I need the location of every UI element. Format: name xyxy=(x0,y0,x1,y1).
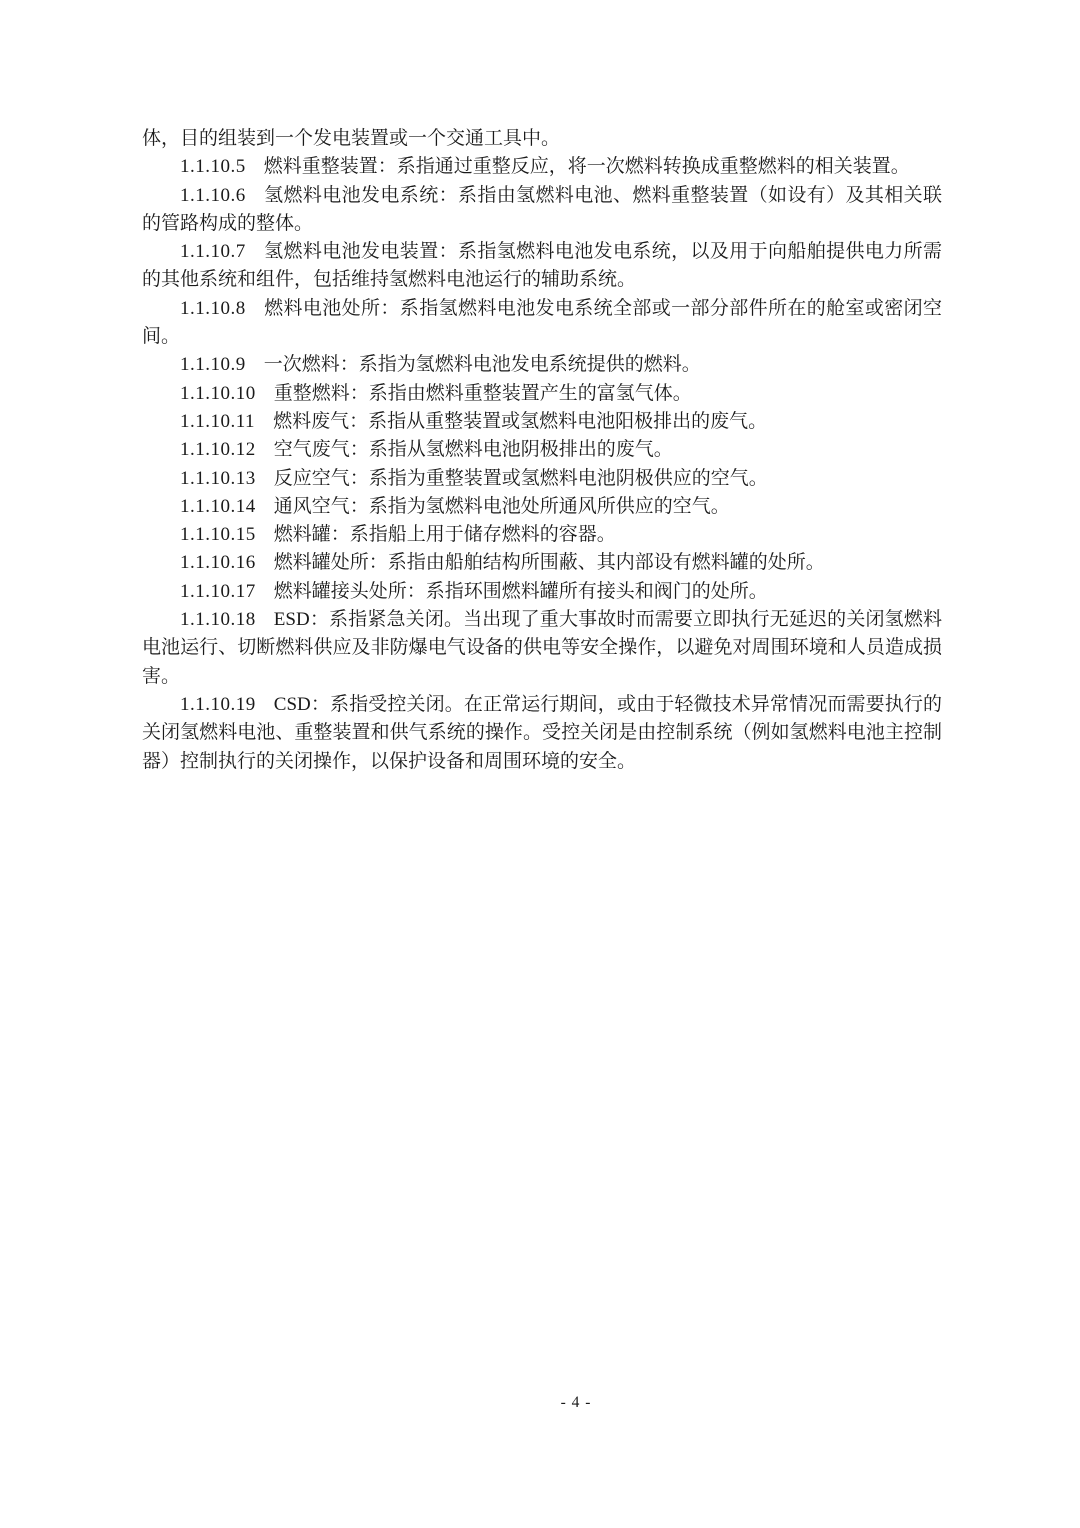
paragraph-continuation: 体，目的组装到一个发电装置或一个交通工具中。 xyxy=(142,125,942,153)
clause-text: 氢燃料电池发电系统：系指由氢燃料电池、燃料重整装置（如设有）及其相关联的管路构成… xyxy=(142,185,942,234)
clause-number: 1.1.10.18 xyxy=(180,609,256,630)
clause-number: 1.1.10.14 xyxy=(180,496,256,517)
page-number: - 4 - xyxy=(561,1394,592,1412)
clause-text: 体，目的组装到一个发电装置或一个交通工具中。 xyxy=(142,128,560,149)
document-page: 体，目的组装到一个发电装置或一个交通工具中。 1.1.10.5燃料重整装置：系指… xyxy=(0,0,1080,1528)
clause-text: 燃料罐接头处所：系指环围燃料罐所有接头和阀门的处所。 xyxy=(274,581,768,602)
paragraph-clause: 1.1.10.18ESD：系指紧急关闭。当出现了重大事故时而需要立即执行无延迟的… xyxy=(142,606,942,691)
clause-text: 燃料罐处所：系指由船舶结构所围蔽、其内部设有燃料罐的处所。 xyxy=(274,552,825,573)
clause-number: 1.1.10.17 xyxy=(180,581,256,602)
paragraph-clause: 1.1.10.17燃料罐接头处所：系指环围燃料罐所有接头和阀门的处所。 xyxy=(142,578,942,606)
clause-text: 重整燃料：系指由燃料重整装置产生的富氢气体。 xyxy=(274,383,692,404)
paragraph-clause: 1.1.10.13反应空气：系指为重整装置或氢燃料电池阴极供应的空气。 xyxy=(142,465,942,493)
clause-text: 燃料重整装置：系指通过重整反应，将一次燃料转换成重整燃料的相关装置。 xyxy=(264,156,910,177)
clause-text: 氢燃料电池发电装置：系指氢燃料电池发电系统，以及用于向船舶提供电力所需的其他系统… xyxy=(142,241,942,290)
paragraph-clause: 1.1.10.5燃料重整装置：系指通过重整反应，将一次燃料转换成重整燃料的相关装… xyxy=(142,153,942,181)
clause-number: 1.1.10.9 xyxy=(180,354,246,375)
clause-number: 1.1.10.12 xyxy=(180,439,256,460)
paragraph-clause: 1.1.10.11燃料废气：系指从重整装置或氢燃料电池阳极排出的废气。 xyxy=(142,408,942,436)
paragraph-clause: 1.1.10.12空气废气：系指从氢燃料电池阴极排出的废气。 xyxy=(142,436,942,464)
clause-number: 1.1.10.8 xyxy=(180,298,246,319)
paragraph-clause: 1.1.10.10重整燃料：系指由燃料重整装置产生的富氢气体。 xyxy=(142,380,942,408)
clause-number: 1.1.10.11 xyxy=(180,411,255,432)
clause-text: 燃料罐：系指船上用于储存燃料的容器。 xyxy=(274,524,616,545)
clause-text: 燃料废气：系指从重整装置或氢燃料电池阳极排出的废气。 xyxy=(273,411,767,432)
clause-text: CSD：系指受控关闭。在正常运行期间，或由于轻微技术异常情况而需要执行的关闭氢燃… xyxy=(142,694,942,772)
paragraph-clause: 1.1.10.14通风空气：系指为氢燃料电池处所通风所供应的空气。 xyxy=(142,493,942,521)
paragraph-clause: 1.1.10.9一次燃料：系指为氢燃料电池发电系统提供的燃料。 xyxy=(142,351,942,379)
paragraph-clause: 1.1.10.16燃料罐处所：系指由船舶结构所围蔽、其内部设有燃料罐的处所。 xyxy=(142,549,942,577)
clause-number: 1.1.10.16 xyxy=(180,552,256,573)
clause-number: 1.1.10.19 xyxy=(180,694,256,715)
clause-number: 1.1.10.7 xyxy=(180,241,246,262)
clause-text: 燃料电池处所：系指氢燃料电池发电系统全部或一部分部件所在的舱室或密闭空间。 xyxy=(142,298,942,347)
document-body: 体，目的组装到一个发电装置或一个交通工具中。 1.1.10.5燃料重整装置：系指… xyxy=(142,125,942,776)
paragraph-clause: 1.1.10.8燃料电池处所：系指氢燃料电池发电系统全部或一部分部件所在的舱室或… xyxy=(142,295,942,352)
clause-text: 通风空气：系指为氢燃料电池处所通风所供应的空气。 xyxy=(274,496,730,517)
clause-text: 反应空气：系指为重整装置或氢燃料电池阴极供应的空气。 xyxy=(274,468,768,489)
clause-number: 1.1.10.15 xyxy=(180,524,256,545)
paragraph-clause: 1.1.10.15燃料罐：系指船上用于储存燃料的容器。 xyxy=(142,521,942,549)
paragraph-clause: 1.1.10.6氢燃料电池发电系统：系指由氢燃料电池、燃料重整装置（如设有）及其… xyxy=(142,182,942,239)
clause-number: 1.1.10.5 xyxy=(180,156,246,177)
clause-number: 1.1.10.6 xyxy=(180,185,246,206)
page-footer: - 4 - xyxy=(0,1394,1080,1412)
clause-text: ESD：系指紧急关闭。当出现了重大事故时而需要立即执行无延迟的关闭氢燃料电池运行… xyxy=(142,609,942,687)
clause-number: 1.1.10.13 xyxy=(180,468,256,489)
clause-text: 一次燃料：系指为氢燃料电池发电系统提供的燃料。 xyxy=(264,354,701,375)
clause-number: 1.1.10.10 xyxy=(180,383,256,404)
paragraph-clause: 1.1.10.7氢燃料电池发电装置：系指氢燃料电池发电系统，以及用于向船舶提供电… xyxy=(142,238,942,295)
clause-text: 空气废气：系指从氢燃料电池阴极排出的废气。 xyxy=(274,439,673,460)
paragraph-clause: 1.1.10.19CSD：系指受控关闭。在正常运行期间，或由于轻微技术异常情况而… xyxy=(142,691,942,776)
